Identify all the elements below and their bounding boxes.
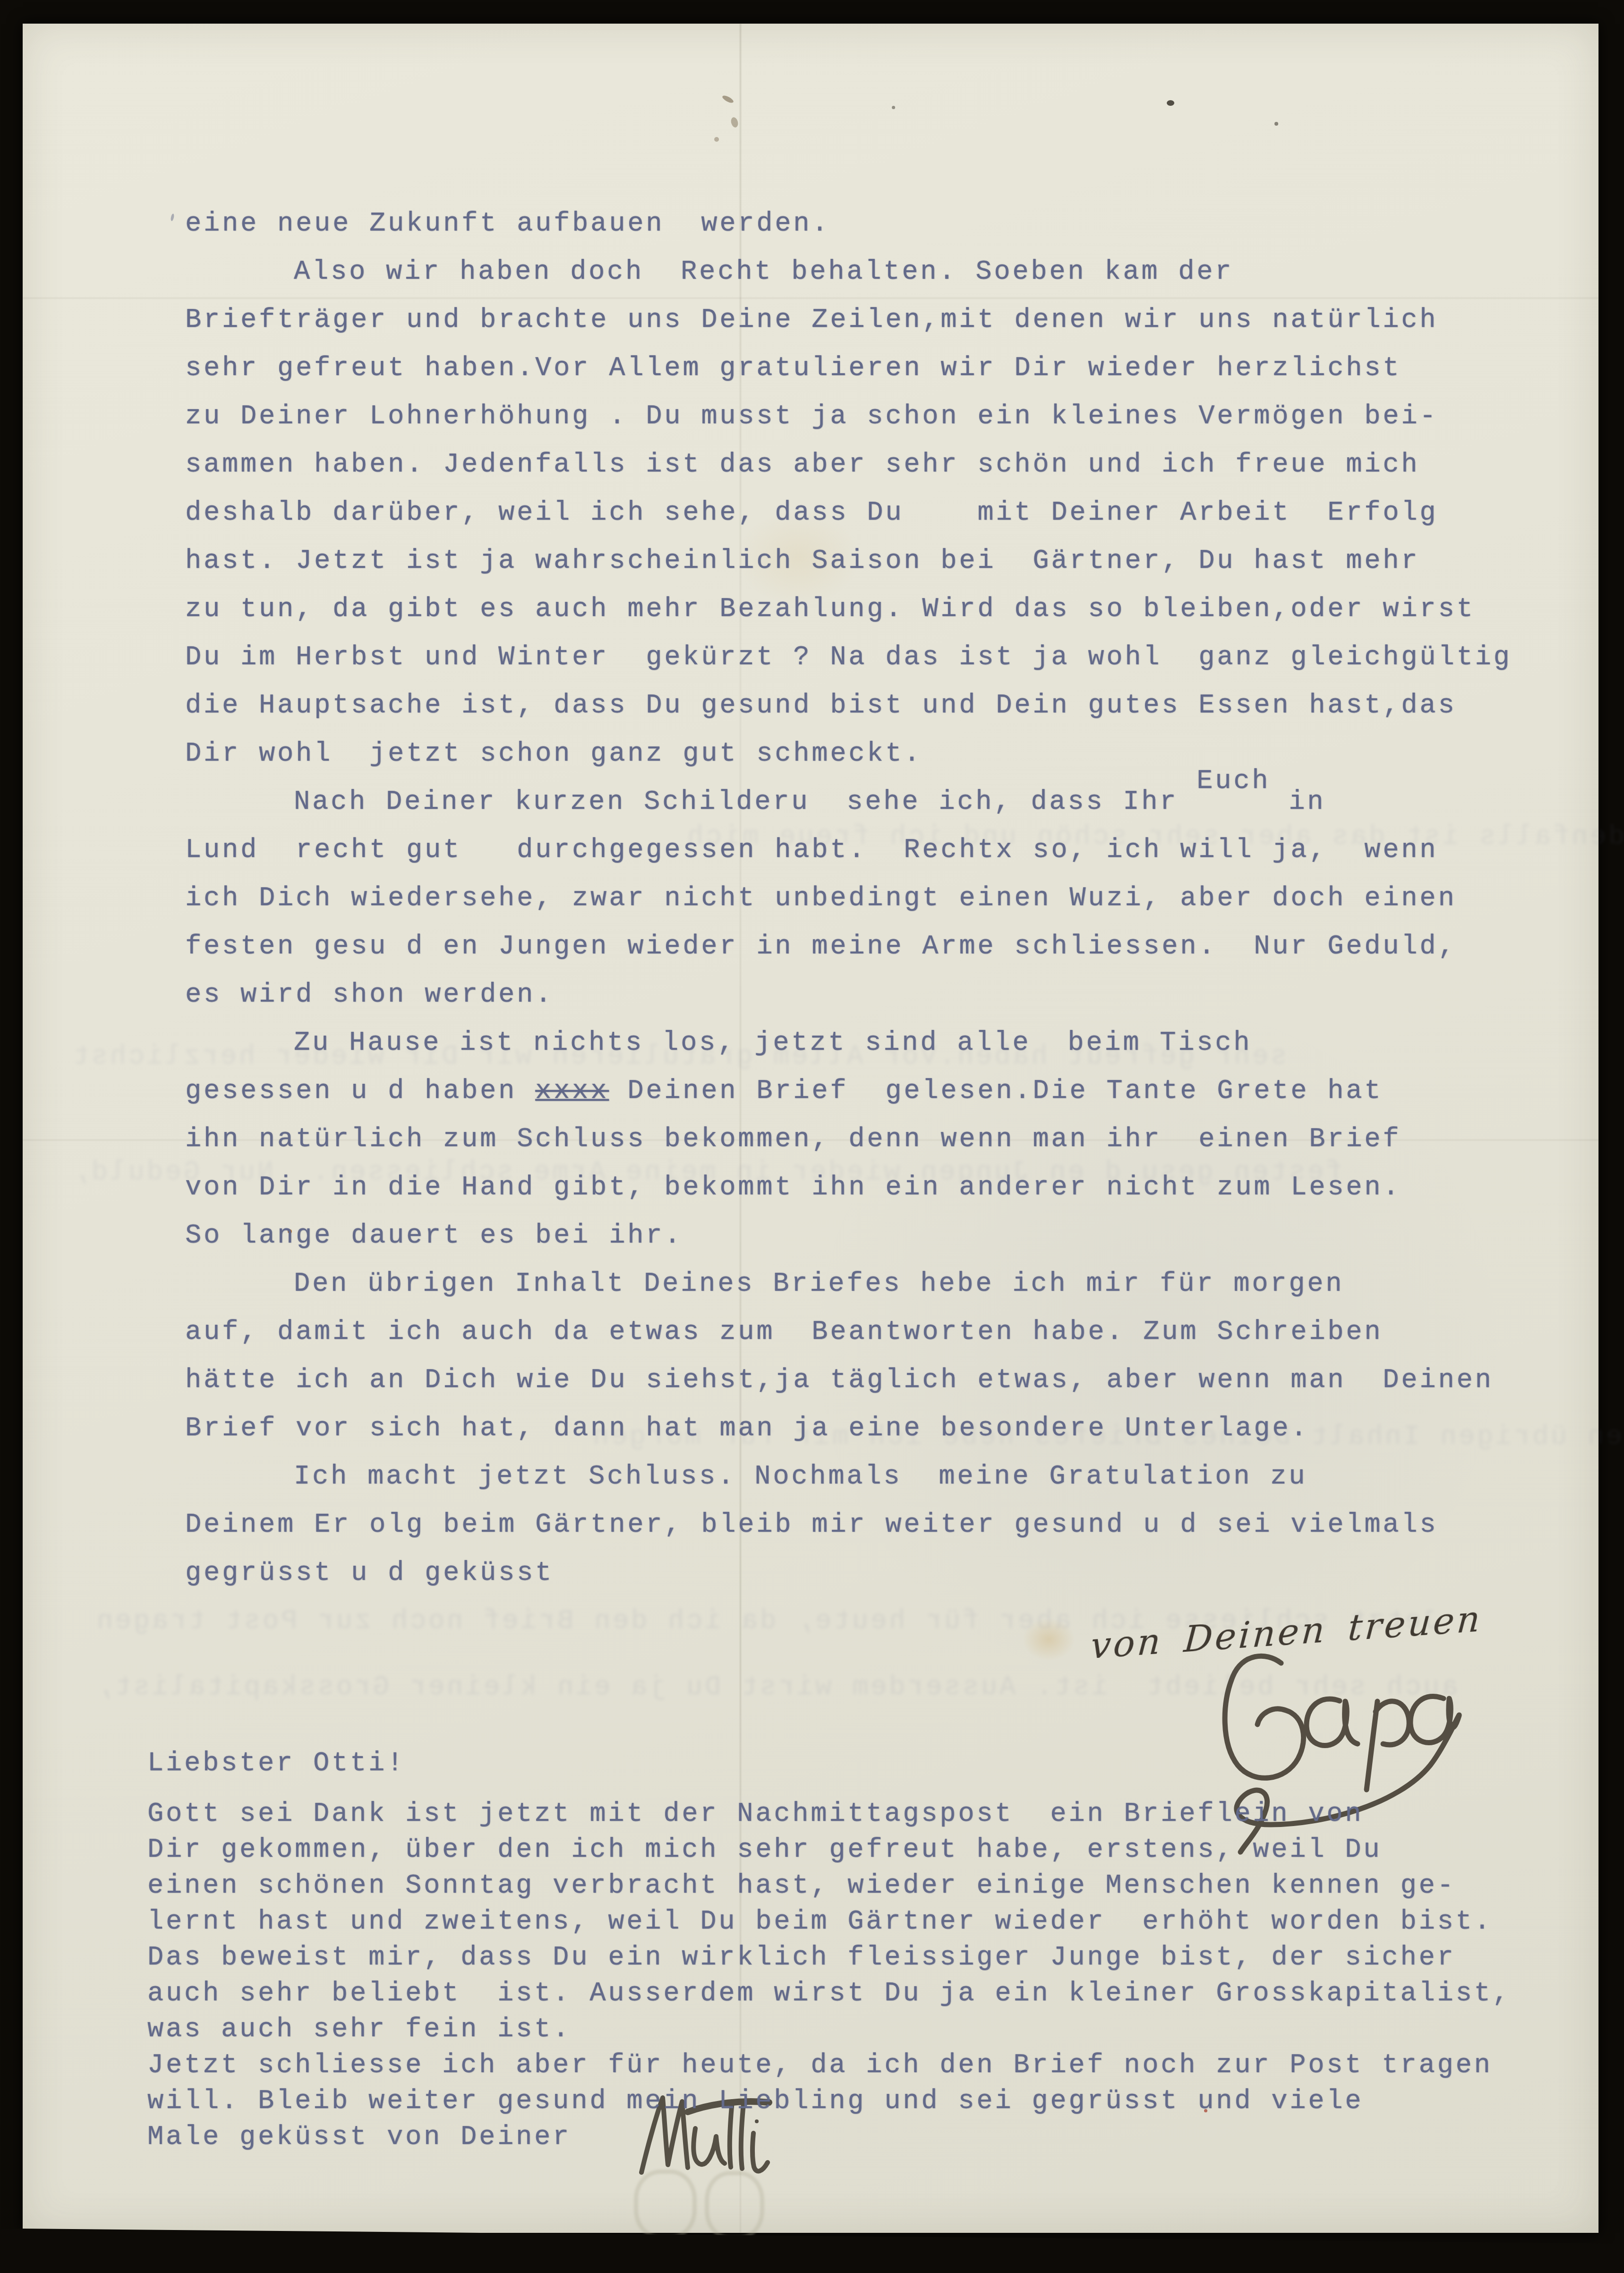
ink-speck [892,106,895,109]
typed-line: ihn natürlich zum Schluss bekommen, denn… [185,1115,1512,1164]
watermark-ghost-ring [705,2171,764,2240]
typed-line: eine neue Zukunft aufbauen werden. [185,200,1512,248]
typed-line: es wird shon werden. [185,971,1512,1019]
watermark-ghost-ring [634,2170,697,2239]
ink-speck [1274,122,1278,126]
typed-line-with-strikeout: gesessen u d haben xxxx Deinen Brief gel… [185,1067,1512,1115]
typed-line: sehr gefreut haben.Vor Allem gratulieren… [185,344,1512,393]
struck-out-text: xxxx [535,1076,609,1106]
typed-line: zu tun, da gibt es auch mehr Bezahlung. … [185,585,1512,634]
typed-line: gegrüsst u d geküsst [185,1549,1512,1597]
typed-line: So lange dauert es bei ihr. [185,1212,1512,1260]
typed-line: lernt hast und zweitens, weil Du beim Gä… [147,1904,1511,1940]
typed-line: auch sehr beliebt ist. Ausserdem wirst D… [147,1976,1511,2012]
typed-line: sammen haben. Jedenfalls ist das aber se… [185,441,1512,489]
salutation: Liebster Otti! [147,1744,1511,1783]
typed-line: hätte ich an Dich wie Du siehst,ja tägli… [185,1356,1512,1405]
typed-line: will. Bleib weiter gesund mein Liebling … [147,2084,1511,2119]
typed-line: deshalb darüber, weil ich sehe, dass Du … [185,489,1512,537]
line-text: Nach Deiner kurzen Schilderu sehe ich, d… [294,787,1197,817]
typed-line: Deinem Er olg beim Gärtner, bleib mir we… [185,1501,1512,1549]
typed-line: einen schönen Sonntag verbracht hast, wi… [147,1868,1511,1904]
typed-line: Lund recht gut durchgegessen habt. Recht… [185,826,1512,875]
typed-line: Ich macht jetzt Schluss. Nochmals meine … [185,1453,1512,1501]
ink-speck [1167,100,1174,106]
typed-line: Briefträger und brachte uns Deine Zeilen… [185,296,1512,344]
typed-line: zu Deiner Lohnerhöhung . Du musst ja sch… [185,393,1512,441]
line-text: gesessen u d haben [185,1076,535,1106]
typed-line: Male geküsst von Deiner [147,2119,1511,2155]
typed-line: Gott sei Dank ist jetzt mit der Nachmitt… [147,1796,1511,1832]
typed-line: Jetzt schliesse ich aber für heute, da i… [147,2048,1511,2084]
scanned-letter-page: sammen haben. Jedenfalls ist das aber se… [0,0,1624,2273]
typed-line: ich Dich wiedersehe, zwar nicht unbeding… [185,875,1512,923]
typed-line: hast. Jetzt ist ja wahrscheinlich Saison… [185,537,1512,585]
typed-line: von Dir in die Hand gibt, bekommt ihn ei… [185,1164,1512,1212]
typed-line-with-insertion: Nach Deiner kurzen Schilderu sehe ich, d… [185,778,1512,826]
inserted-word-above-line: Euch [1197,757,1270,806]
line-text: in [1270,787,1325,817]
typed-line: Dir wohl jetzt schon ganz gut schmeckt. [185,730,1512,778]
typed-line: Das beweist mir, dass Du ein wirklich fl… [147,1940,1511,1976]
mutti-letter-body: Liebster Otti! Gott sei Dank ist jetzt m… [147,1744,1511,2155]
typed-line: festen gesu d en Jungen wieder in meine … [185,923,1512,971]
typed-line: Dir gekommen, über den ich mich sehr gef… [147,1832,1511,1868]
typed-line: Also wir haben doch Recht behalten. Soeb… [185,248,1512,296]
typed-line: Brief vor sich hat, dann hat man ja eine… [185,1405,1512,1453]
line-text: Deinen Brief gelesen.Die Tante Grete hat [609,1076,1383,1106]
papa-letter-body: eine neue Zukunft aufbauen werden. Also … [185,200,1512,1597]
typed-line: die Hauptsache ist, dass Du gesund bist … [185,682,1512,730]
typed-line: Den übrigen Inhalt Deines Briefes hebe i… [185,1260,1512,1308]
typed-line: was auch sehr fein ist. [147,2012,1511,2048]
typed-line: Du im Herbst und Winter gekürzt ? Na das… [185,634,1512,682]
ink-smudge [714,137,719,142]
typed-line: Zu Hause ist nichts los, jetzt sind alle… [185,1019,1512,1067]
typed-line: auf, damit ich auch da etwas zum Beantwo… [185,1308,1512,1356]
